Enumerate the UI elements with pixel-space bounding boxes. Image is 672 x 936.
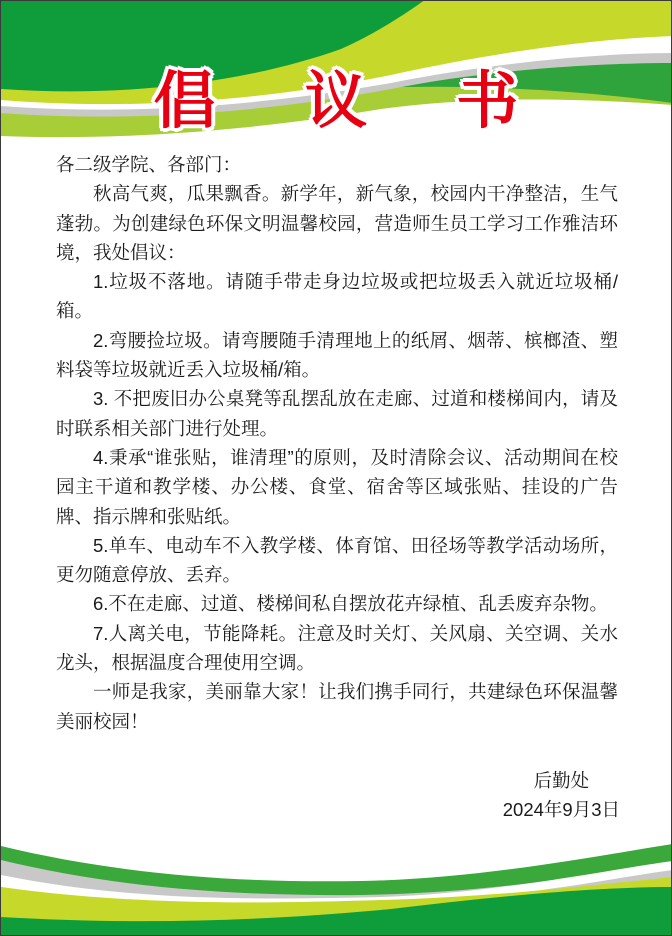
signature-block: 后勤处 2024年9月3日 <box>503 767 620 824</box>
proposal-item-7: 7.人离关电，节能降耗。注意及时关灯、关风扇、关空调、关水龙头，根据温度合理使用… <box>56 619 618 678</box>
salutation: 各二级学院、各部门： <box>56 150 618 179</box>
proposal-item-5: 5.单车、电动车不入教学楼、体育馆、田径场等教学活动场所，更勿随意停放、丢弃。 <box>56 531 618 590</box>
intro-paragraph: 秋高气爽，瓜果飘香。新学年，新气象，校园内干净整洁，生气蓬勃。为创建绿色环保文明… <box>56 179 618 267</box>
proposal-item-4: 4.秉承“谁张贴，谁清理”的原则，及时清除会议、活动期间在校园主干道和教学楼、办… <box>56 443 618 531</box>
bottom-wave-decoration <box>1 819 672 935</box>
signature-department: 后勤处 <box>503 767 620 796</box>
proposal-poster: 倡 议 书 各二级学院、各部门： 秋高气爽，瓜果飘香。新学年，新气象，校园内干净… <box>0 0 672 936</box>
closing-paragraph: 一师是我家，美丽靠大家！让我们携手同行，共建绿色环保温馨美丽校园！ <box>56 677 618 736</box>
proposal-item-3: 3. 不把废旧办公桌凳等乱摆乱放在走廊、过道和楼梯间内，请及时联系相关部门进行处… <box>56 384 618 443</box>
proposal-item-6: 6.不在走廊、过道、楼梯间私自摆放花卉绿植、乱丢废弃杂物。 <box>56 589 618 618</box>
proposal-item-2: 2.弯腰捡垃圾。请弯腰随手清理地上的纸屑、烟蒂、槟榔渣、塑料袋等垃圾就近丢入垃圾… <box>56 326 618 385</box>
page-title: 倡 议 书 <box>118 51 554 140</box>
proposal-item-1: 1.垃圾不落地。请随手带走身边垃圾或把垃圾丢入就近垃圾桶/箱。 <box>56 267 618 326</box>
signature-date: 2024年9月3日 <box>503 796 620 825</box>
document-body: 各二级学院、各部门： 秋高气爽，瓜果飘香。新学年，新气象，校园内干净整洁，生气蓬… <box>56 150 618 736</box>
